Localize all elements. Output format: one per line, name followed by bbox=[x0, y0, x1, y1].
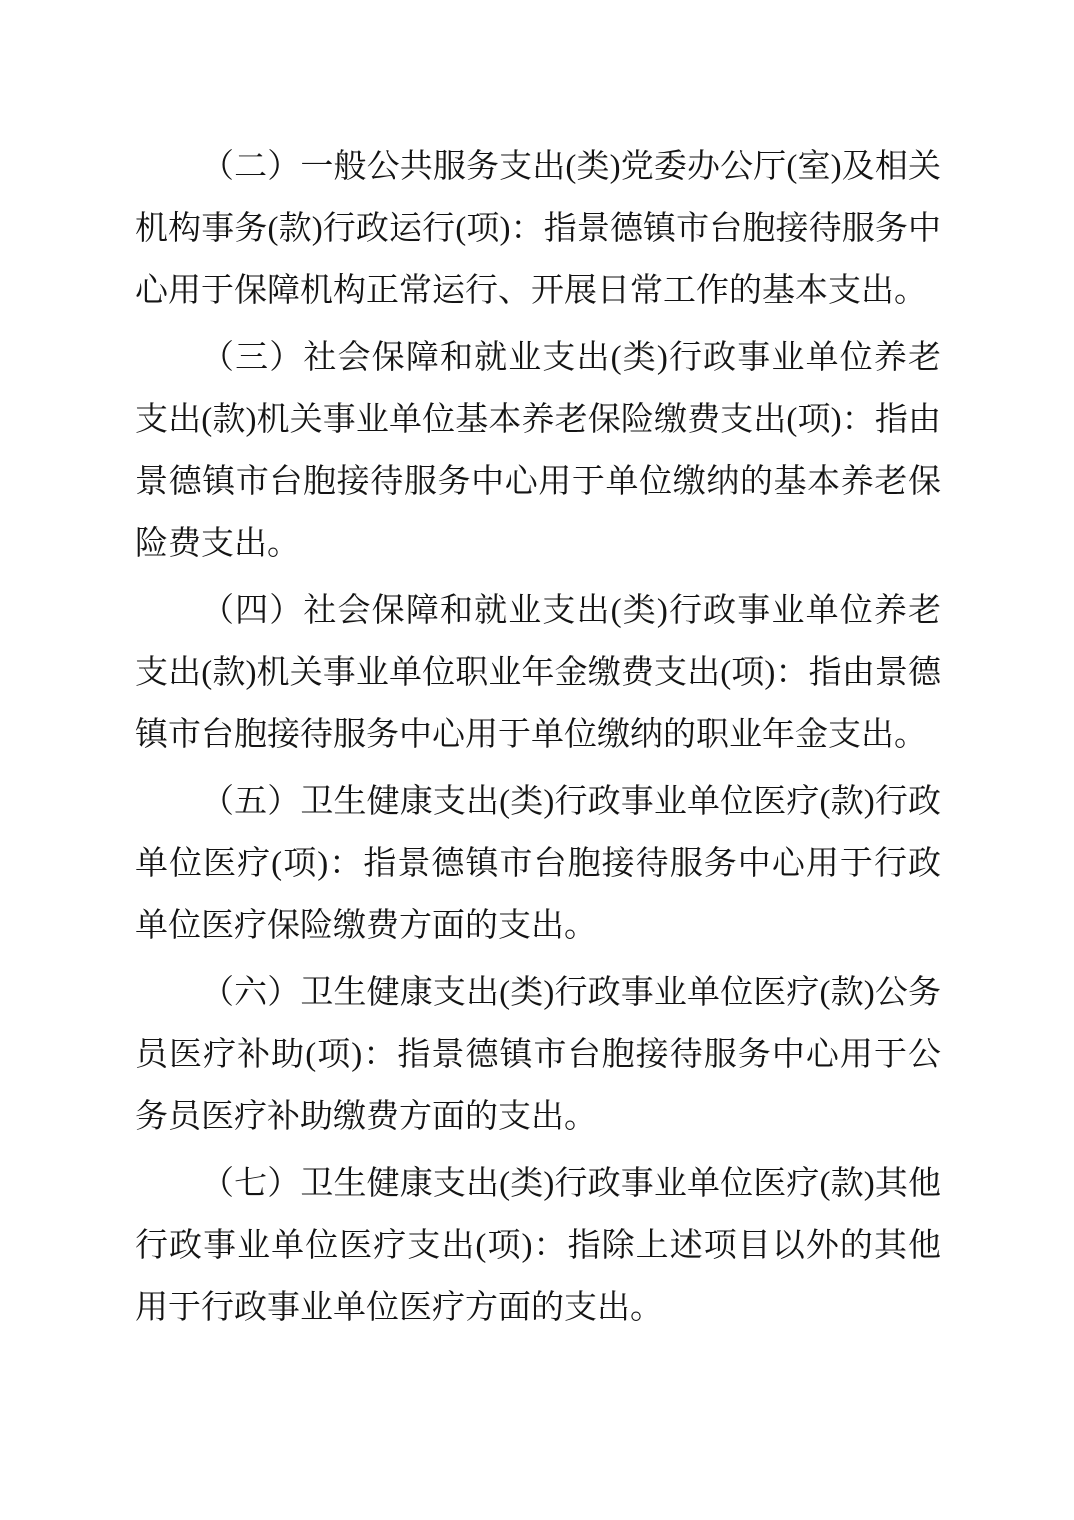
paragraph-item-7: （七）卫生健康支出(类)行政事业单位医疗(款)其他行政事业单位医疗支出(项)：指… bbox=[135, 1153, 941, 1339]
paragraph-item-3: （三）社会保障和就业支出(类)行政事业单位养老支出(款)机关事业单位基本养老保险… bbox=[135, 327, 941, 575]
paragraph-item-6: （六）卫生健康支出(类)行政事业单位医疗(款)公务员医疗补助(项)：指景德镇市台… bbox=[135, 962, 941, 1148]
paragraph-item-5: （五）卫生健康支出(类)行政事业单位医疗(款)行政单位医疗(项)：指景德镇市台胞… bbox=[135, 771, 941, 957]
paragraph-item-4: （四）社会保障和就业支出(类)行政事业单位养老支出(款)机关事业单位职业年金缴费… bbox=[135, 580, 941, 766]
document-page: （二）一般公共服务支出(类)党委办公厅(室)及相关机构事务(款)行政运行(项)：… bbox=[0, 0, 1074, 1520]
paragraph-item-2: （二）一般公共服务支出(类)党委办公厅(室)及相关机构事务(款)行政运行(项)：… bbox=[135, 136, 941, 322]
